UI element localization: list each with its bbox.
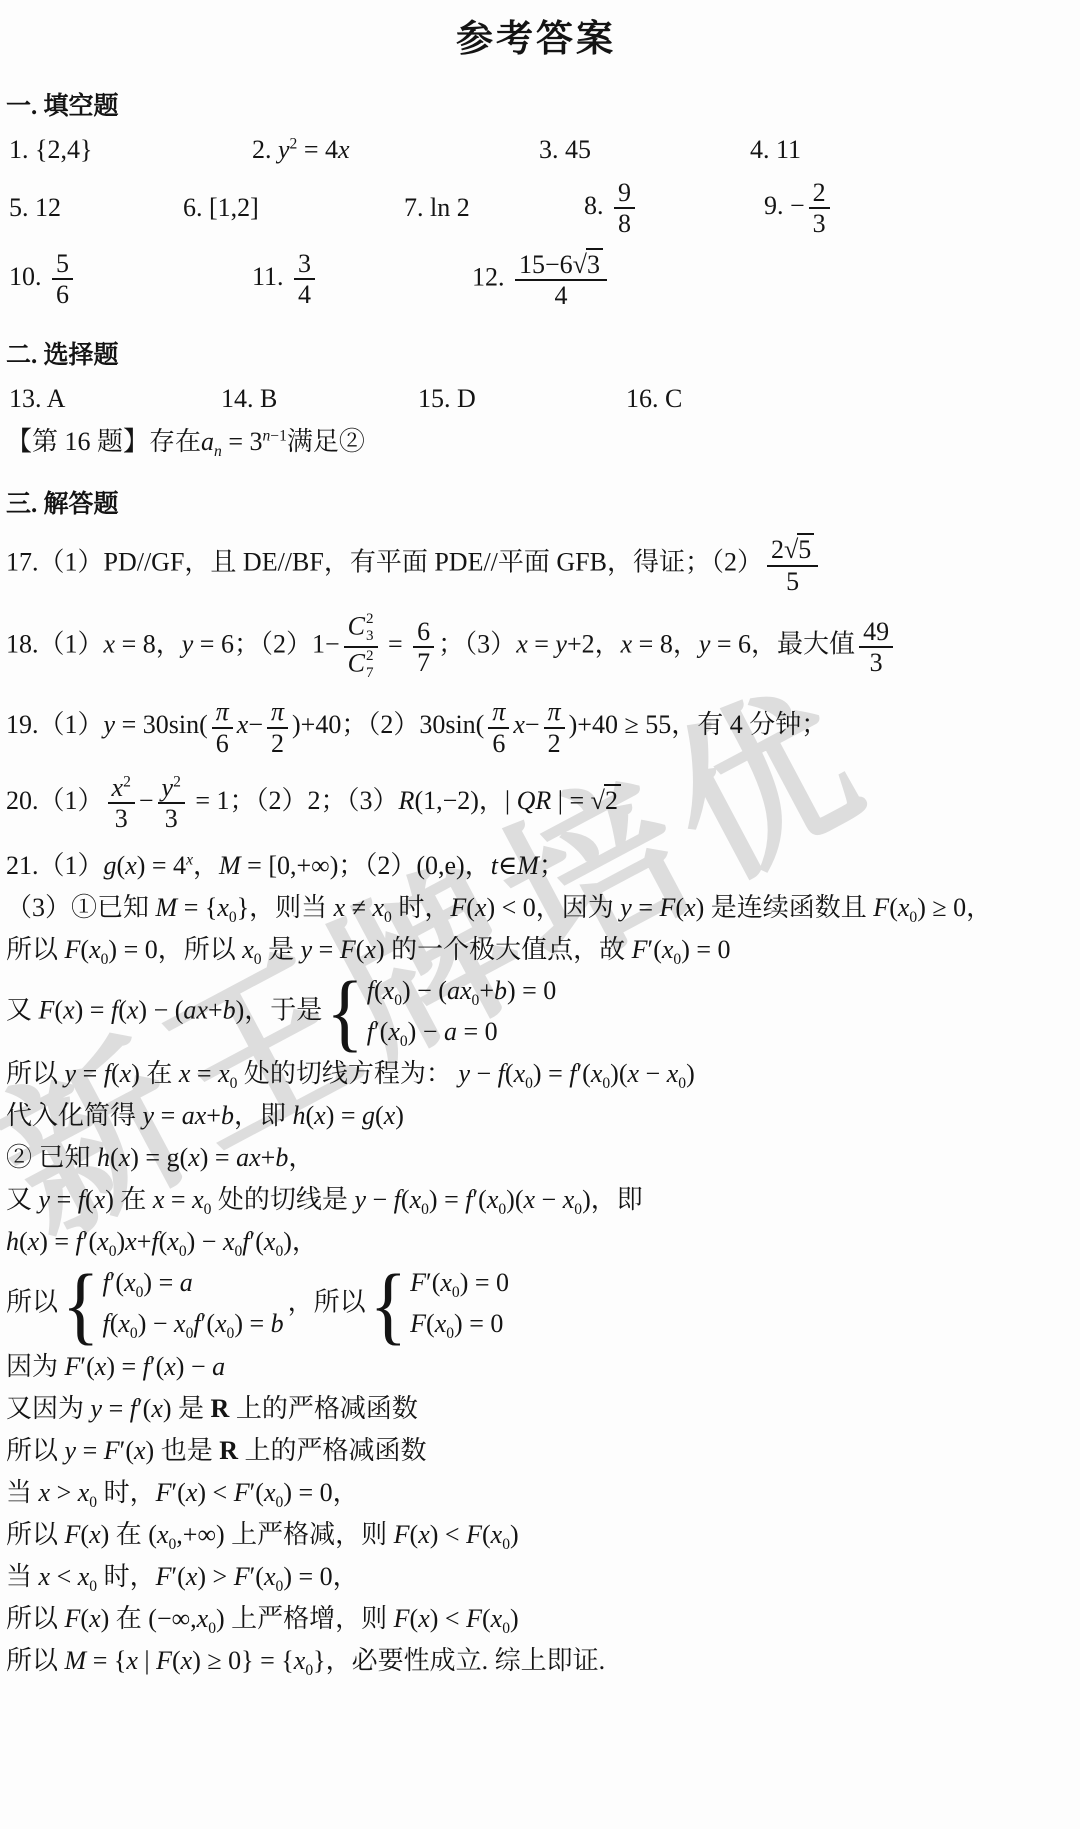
equation-system: {f(x0) − (ax0+b) = 0f′(x0) − a = 0 bbox=[326, 975, 556, 1050]
solution-21-3-12: 所以 y = F′(x) 也是 R 上的严格减函数 bbox=[6, 1431, 1066, 1471]
answer-cell: 5. 12 bbox=[9, 187, 183, 229]
answer-cell: 13. A bbox=[9, 378, 221, 420]
solution-21-3-9: 所以{f′(x0) = af(x0) − x0f′(x0) = b，所以{F′(… bbox=[6, 1264, 1066, 1345]
solution-21-3-3: 又 F(x) = f(x) − (ax+b)，于是{f(x0) − (ax0+b… bbox=[6, 972, 1066, 1053]
answer-body: 一. 填空题1. {2,4}2. y2 = 4x3. 454. 115. 126… bbox=[6, 91, 1066, 1681]
equation-row: f′(x0) = a bbox=[102, 1267, 283, 1301]
answer-cell: 7. ln 2 bbox=[404, 187, 584, 229]
fraction: 34 bbox=[294, 249, 315, 309]
answer-cell: 12. 15−6√34 bbox=[472, 246, 611, 313]
equation-system: {f′(x0) = af(x0) − x0f′(x0) = b bbox=[62, 1267, 284, 1342]
solution-21-3-1: （3）①已知 M = {x0}，则当 x ≠ x0 时，F(x) < 0，因为 … bbox=[6, 888, 1066, 928]
answer-sheet: 参考答案 一. 填空题1. {2,4}2. y2 = 4x3. 454. 115… bbox=[0, 0, 1080, 1711]
sqrt-radical: √5 bbox=[784, 533, 814, 565]
answer-cell: 14. B bbox=[221, 378, 418, 420]
page-title: 参考答案 bbox=[6, 16, 1066, 64]
equation-row: f(x0) − x0f′(x0) = b bbox=[102, 1308, 283, 1342]
answer-18: 18.（1）x = 8，y = 6；（2）1−C23C27 = 67；（3）x … bbox=[6, 609, 1066, 684]
fraction: C23C27 bbox=[344, 611, 378, 682]
solution-21-3-5: 代入化简得 y = ax+b，即 h(x) = g(x) bbox=[6, 1096, 1066, 1136]
solution-21-3-11: 又因为 y = f′(x) 是 R 上的严格减函数 bbox=[6, 1389, 1066, 1429]
answer-20: 20.（1）x23−y23 = 1；（2）2；（3）R(1,−2)，| QR |… bbox=[6, 771, 1066, 835]
answer-cell: 2. y2 = 4x bbox=[252, 129, 539, 171]
answer-cell: 9. −23 bbox=[764, 176, 834, 240]
left-brace: { bbox=[370, 1265, 407, 1344]
fraction: π6 bbox=[212, 697, 233, 757]
fraction: 493 bbox=[859, 617, 893, 677]
answer-17: 17.（1）PD//GF，且 DE//BF，有平面 PDE//平面 GFB，得证… bbox=[6, 531, 1066, 598]
solution-21-3-15: 当 x < x0 时，F′(x) > F′(x0) = 0， bbox=[6, 1557, 1066, 1597]
equation-system: {F′(x0) = 0F(x0) = 0 bbox=[370, 1267, 509, 1342]
fraction: 98 bbox=[614, 178, 635, 238]
answer-cell: 10. 56 bbox=[9, 247, 252, 311]
equation-row: f(x0) − (ax0+b) = 0 bbox=[367, 975, 557, 1009]
fraction: 56 bbox=[52, 249, 73, 309]
sqrt-radical: √2 bbox=[591, 781, 621, 821]
section-heading-fill-in: 一. 填空题 bbox=[6, 91, 1066, 122]
solution-21-3-7: 又 y = f(x) 在 x = x0 处的切线是 y − f(x0) = f′… bbox=[6, 1180, 1066, 1220]
equation-row: F′(x0) = 0 bbox=[410, 1267, 509, 1301]
answer-cell: 16. C bbox=[626, 378, 682, 420]
choice-row: 13. A14. B15. D16. C bbox=[6, 376, 1066, 420]
equation-row: F(x0) = 0 bbox=[410, 1308, 509, 1342]
fraction: 23 bbox=[809, 178, 830, 238]
solution-21-3-14: 所以 F(x) 在 (x0,+∞) 上严格减，则 F(x) < F(x0) bbox=[6, 1515, 1066, 1555]
answer-cell: 6. [1,2] bbox=[183, 187, 404, 229]
fraction: x23 bbox=[108, 773, 135, 833]
answer-cell: 15. D bbox=[418, 378, 626, 420]
sqrt-radical: √3 bbox=[573, 248, 603, 280]
fill-in-row-1: 1. {2,4}2. y2 = 4x3. 454. 11 bbox=[6, 127, 1066, 171]
note-question-16: 【第 16 题】存在an = 3n−1满足② bbox=[6, 422, 1066, 462]
left-brace: { bbox=[62, 1265, 99, 1344]
solution-21-3-4: 所以 y = f(x) 在 x = x0 处的切线方程为： y − f(x0) … bbox=[6, 1054, 1066, 1094]
fill-in-row-3: 10. 5611. 3412. 15−6√34 bbox=[6, 246, 1066, 313]
section-heading-solutions: 三. 解答题 bbox=[6, 489, 1066, 520]
fraction: π2 bbox=[267, 697, 288, 757]
answer-cell: 11. 34 bbox=[252, 247, 472, 311]
fraction: 67 bbox=[413, 617, 434, 677]
solution-21-3-16: 所以 F(x) 在 (−∞,x0) 上严格增，则 F(x) < F(x0) bbox=[6, 1599, 1066, 1639]
fraction: y23 bbox=[158, 773, 185, 833]
solution-21-3-13: 当 x > x0 时，F′(x) < F′(x0) = 0， bbox=[6, 1473, 1066, 1513]
solution-21-3-17: 所以 M = {x | F(x) ≥ 0} = {x0}，必要性成立. 综上即证… bbox=[6, 1641, 1066, 1681]
answer-cell: 3. 45 bbox=[539, 129, 750, 171]
fraction: 2√55 bbox=[767, 533, 818, 596]
solution-21-3-10: 因为 F′(x) = f′(x) − a bbox=[6, 1347, 1066, 1387]
document-page: 新王牌培优 参考答案 一. 填空题1. {2,4}2. y2 = 4x3. 45… bbox=[0, 0, 1080, 1829]
fraction: π2 bbox=[544, 697, 565, 757]
fill-in-row-2: 5. 126. [1,2]7. ln 28. 989. −23 bbox=[6, 176, 1066, 240]
answer-cell: 4. 11 bbox=[750, 129, 801, 171]
fraction: 15−6√34 bbox=[515, 248, 607, 311]
section-heading-choice: 二. 选择题 bbox=[6, 340, 1066, 371]
answer-21: 21.（1）g(x) = 4x，M = [0,+∞)；（2）(0,e)，t∈M； bbox=[6, 846, 1066, 886]
solution-21-3-8: h(x) = f′(x0)x+f(x0) − x0f′(x0)， bbox=[6, 1222, 1066, 1262]
fraction: π6 bbox=[488, 697, 509, 757]
solution-21-3-6: ② 已知 h(x) = g(x) = ax+b， bbox=[6, 1138, 1066, 1178]
answer-cell: 1. {2,4} bbox=[9, 129, 252, 171]
answer-19: 19.（1）y = 30sin(π6x−π2)+40；（2）30sin(π6x−… bbox=[6, 695, 1066, 759]
answer-cell: 8. 98 bbox=[584, 176, 764, 240]
solution-21-3-2: 所以 F(x0) = 0，所以 x0 是 y = F(x) 的一个极大值点，故 … bbox=[6, 930, 1066, 970]
equation-row: f′(x0) − a = 0 bbox=[367, 1016, 557, 1050]
left-brace: { bbox=[326, 973, 363, 1052]
